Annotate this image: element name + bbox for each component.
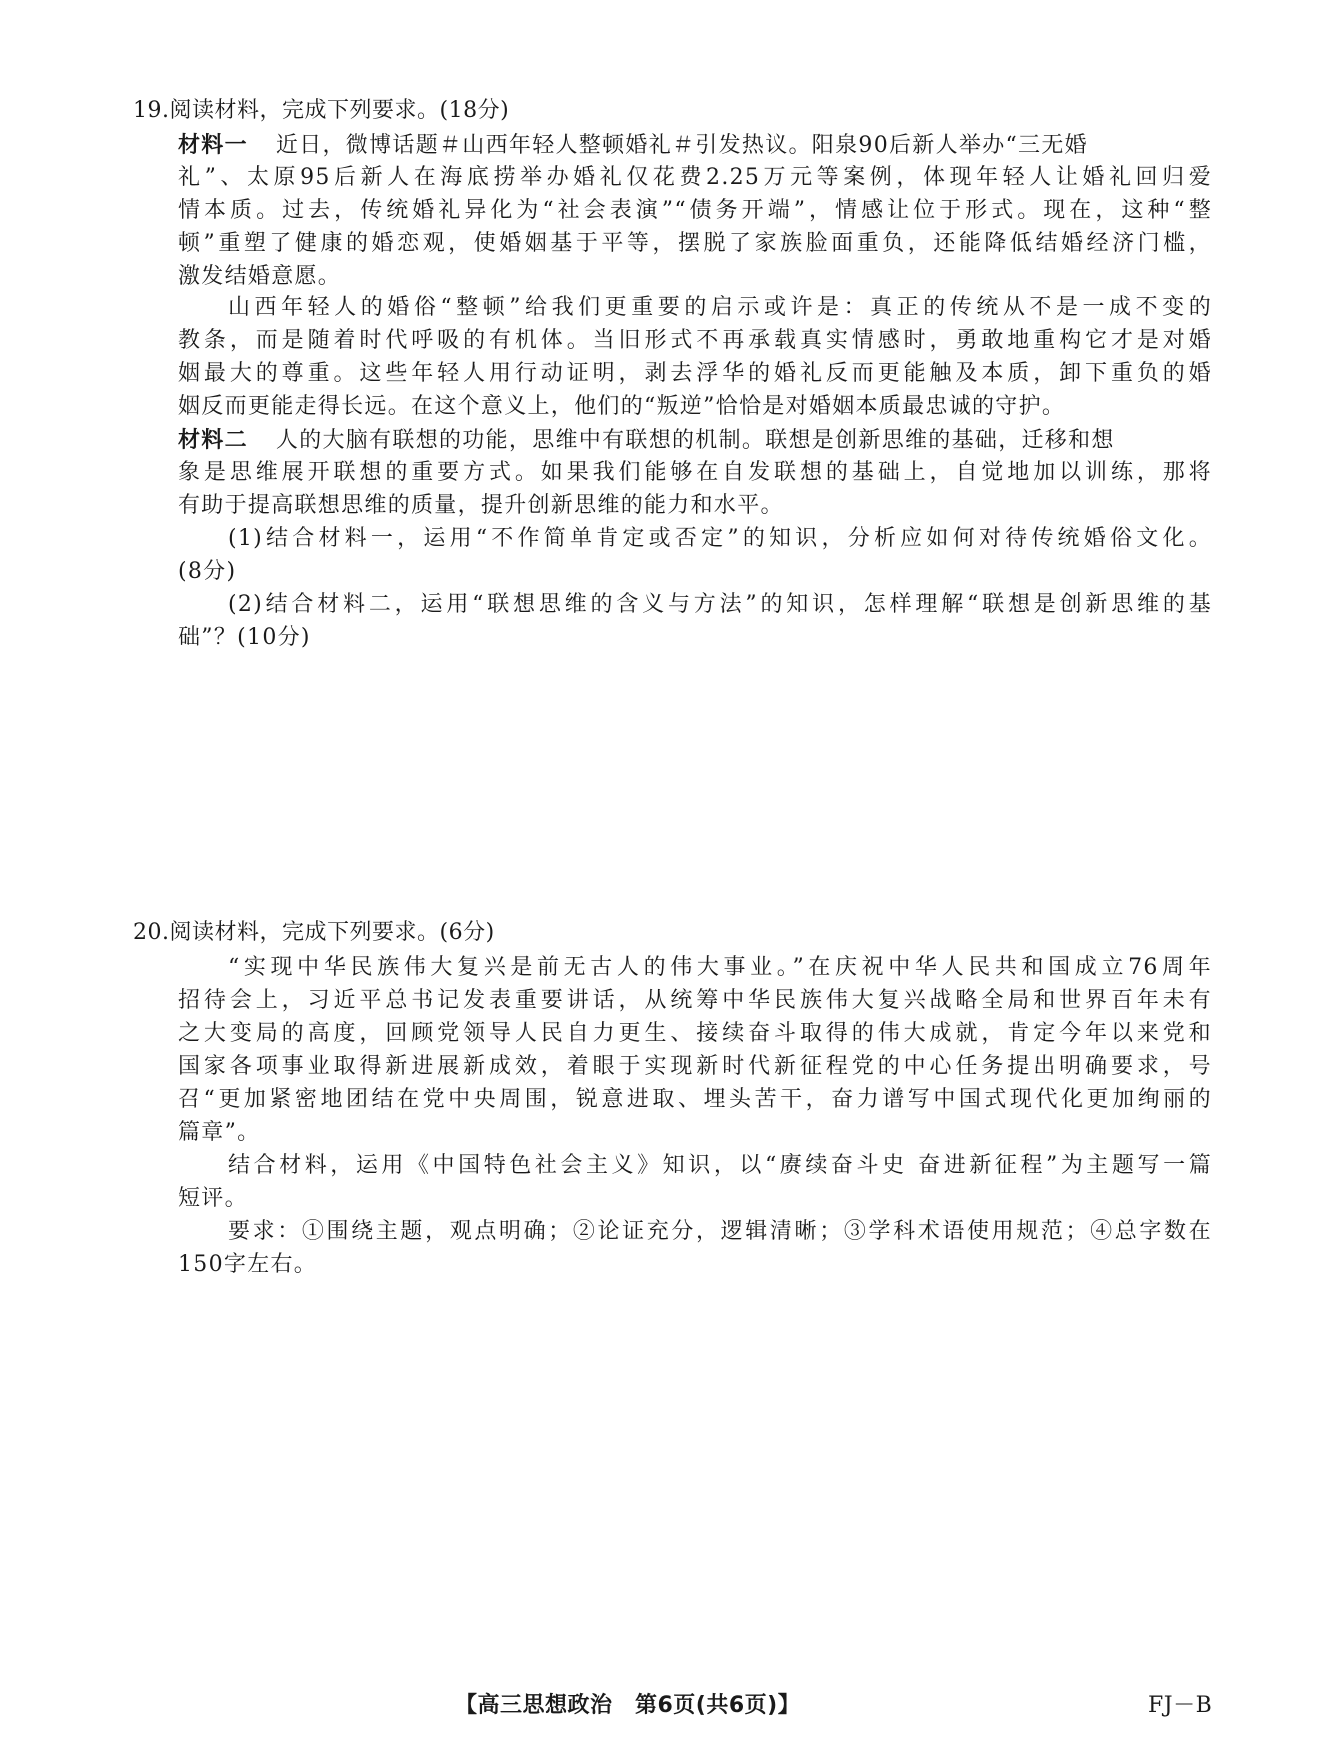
- q19-sub1-line-2: (8分): [178, 557, 236, 587]
- material2-label: 材料二: [178, 427, 248, 453]
- q20-title: 20.阅读材料，完成下列要求。(6分): [133, 918, 495, 948]
- q19-title: 19.阅读材料，完成下列要求。(18分): [133, 96, 509, 126]
- q19-material1-line-4: 顿”重塑了健康的婚恋观，使婚姻基于平等，摆脱了家族脸面重负，还能降低结婚经济门槛…: [178, 229, 1212, 259]
- material1-label: 材料一: [178, 132, 248, 158]
- q19-material1-line-1: 材料一近日，微博话题＃山西年轻人整顿婚礼＃引发热议。阳泉90后新人举办“三无婚: [178, 130, 1212, 161]
- q20-material-line-3: 之大变局的高度，回顾党领导人民自力更生、接续奋斗取得的伟大成就，肯定今年以来党和: [178, 1019, 1212, 1049]
- q20-task-line-2: 短评。: [178, 1184, 248, 1214]
- q19-material1-line-2: 礼”、太原95后新人在海底捞举办婚礼仅花费2.25万元等案例，体现年轻人让婚礼回…: [178, 163, 1212, 193]
- q19-material1-line-7: 教条，而是随着时代呼吸的有机体。当旧形式不再承载真实情感时，勇敢地重构它才是对婚: [178, 326, 1212, 356]
- q19-sub2-line-2: 础”？(10分): [178, 623, 311, 653]
- q20-task-line-1: 结合材料，运用《中国特色社会主义》知识，以“赓续奋斗史 奋进新征程”为主题写一篇: [228, 1151, 1212, 1181]
- q19-sub2-line-1: (2)结合材料二，运用“联想思维的含义与方法”的知识，怎样理解“联想是创新思维的…: [228, 590, 1212, 620]
- q20-material-line-5: 召“更加紧密地团结在党中央周围，锐意进取、埋头苦干，奋力谱写中国式现代化更加绚丽…: [178, 1085, 1212, 1115]
- q19-material1-line-6: 山西年轻人的婚俗“整顿”给我们更重要的启示或许是：真正的传统从不是一成不变的: [228, 293, 1212, 323]
- q19-material2-line-3: 有助于提高联想思维的质量，提升创新思维的能力和水平。: [178, 491, 784, 521]
- q19-sub1-line-1: (1)结合材料一，运用“不作简单肯定或否定”的知识，分析应如何对待传统婚俗文化。: [228, 524, 1212, 554]
- q20-material-line-2: 招待会上，习近平总书记发表重要讲话，从统筹中华民族伟大复兴战略全局和世界百年未有: [178, 986, 1212, 1016]
- q19-material2-line-2: 象是思维展开联想的重要方式。如果我们能够在自发联想的基础上，自觉地加以训练，那将: [178, 458, 1212, 488]
- q20-material-line-6: 篇章”。: [178, 1118, 260, 1148]
- q19-material1-line-5: 激发结婚意愿。: [178, 262, 341, 292]
- q20-requirements-line-1: 要求：①围绕主题，观点明确；②论证充分，逻辑清晰；③学科术语使用规范；④总字数在: [228, 1217, 1212, 1247]
- q19-material1-line-9: 姻反而更能走得长远。在这个意义上，他们的“叛逆”恰恰是对婚姻本质最忠诚的守护。: [178, 392, 1065, 422]
- q20-material-line-4: 国家各项事业取得新进展新成效，着眼于实现新时代新征程党的中心任务提出明确要求，号: [178, 1052, 1212, 1082]
- page-footer-label: 【高三思想政治 第6页(共6页)】: [455, 1688, 800, 1719]
- q19-material1-line-3: 情本质。过去，传统婚礼异化为“社会表演”“债务开端”，情感让位于形式。现在，这种…: [178, 196, 1212, 226]
- paper-code: FJ－B: [1148, 1688, 1212, 1719]
- q20-requirements-line-2: 150字左右。: [178, 1250, 317, 1280]
- q20-material-line-1: “实现中华民族伟大复兴是前无古人的伟大事业。”在庆祝中华人民共和国成立76周年: [228, 953, 1212, 983]
- q19-material2-line-1: 材料二人的大脑有联想的功能，思维中有联想的机制。联想是创新思维的基础，迁移和想: [178, 425, 1212, 456]
- q19-material1-line-8: 姻最大的尊重。这些年轻人用行动证明，剥去浮华的婚礼反而更能触及本质，卸下重负的婚: [178, 359, 1212, 389]
